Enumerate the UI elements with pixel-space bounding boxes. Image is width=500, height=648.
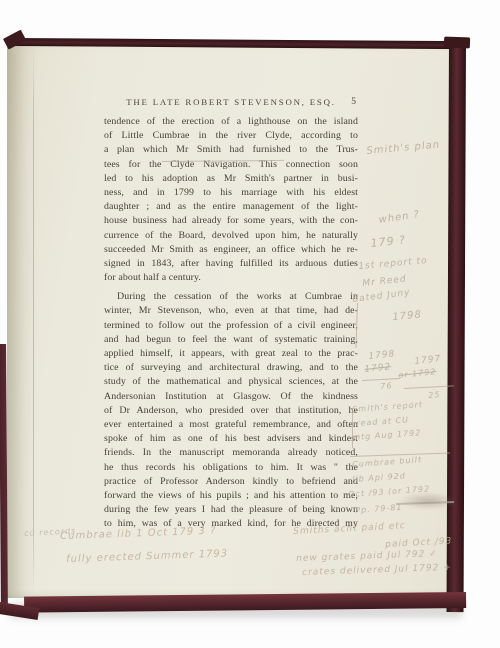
text-line: house business had already for some year… [104,214,358,228]
photo-background: THE LATE ROBERT STEVENSON, ESQ. 5 tenden… [0,0,500,648]
text-line: of Dr Anderson, who presided over that i… [104,404,358,418]
text-line: tendence of the erection of a lighthouse… [104,115,358,129]
text-line: during the few years I had the pleasure … [104,503,358,517]
text-line: ever entertained a most grateful remembr… [104,418,358,432]
text-line: of Little Cumbrae in the river Clyde, ac… [104,129,358,143]
text-line: and had begun to feel the want of system… [104,333,358,347]
text-line: signed in 1843, after having fulfilled i… [104,257,358,271]
text-line: forward the views of his pupils ; and hi… [104,489,358,503]
text-line: applied himself, it appears, with great … [104,347,358,361]
text-line: practice of Professor Anderson kindly to… [104,475,358,489]
text-line: daughter ; and as the entire management … [104,200,358,214]
text-line: a plan which Mr Smith had furnished to t… [104,143,358,157]
paragraph-1: tendence of the erection of a lighthouse… [104,115,358,285]
printed-page-content: THE LATE ROBERT STEVENSON, ESQ. 5 tenden… [0,0,500,648]
text-line: During the cessation of the works at Cum… [104,290,358,304]
text-line: spoke of him as one of his best advisers… [104,432,358,446]
text-line: succeeded Mr Smith as engineer, an offic… [104,243,358,257]
page-number: 5 [351,97,356,107]
text-line: study of the mathematical and physical s… [104,375,358,389]
page-title: THE LATE ROBERT STEVENSON, ESQ. [126,97,336,107]
text-line: tice of surveying and architectural draw… [104,361,358,375]
text-line: termined to follow out the profession of… [104,319,358,333]
text-line: ness, and in 1799 to his marriage with h… [104,186,358,200]
text-line: friends. In the manuscript memoranda alr… [104,446,358,460]
text-line: for about half a century. [104,271,358,285]
text-line: Andersonian Institution at Glasgow. Of t… [104,390,358,404]
body-text: tendence of the erection of a lighthouse… [104,115,358,531]
text-line: to him, was of a very marked kind, for h… [104,517,358,531]
paragraph-2: During the cessation of the works at Cum… [104,290,358,531]
text-line: he thus records his obligations to him. … [104,461,358,475]
text-line: led to his adoption as Mr Smith's partne… [104,172,358,186]
text-line: tees for the Clyde Navigation. This conn… [104,158,358,172]
text-line: winter, Mr Stevenson, who, even at that … [104,304,358,318]
text-line: currence of the Board, devolved upon him… [104,229,358,243]
running-header: THE LATE ROBERT STEVENSON, ESQ. 5 [104,97,358,110]
